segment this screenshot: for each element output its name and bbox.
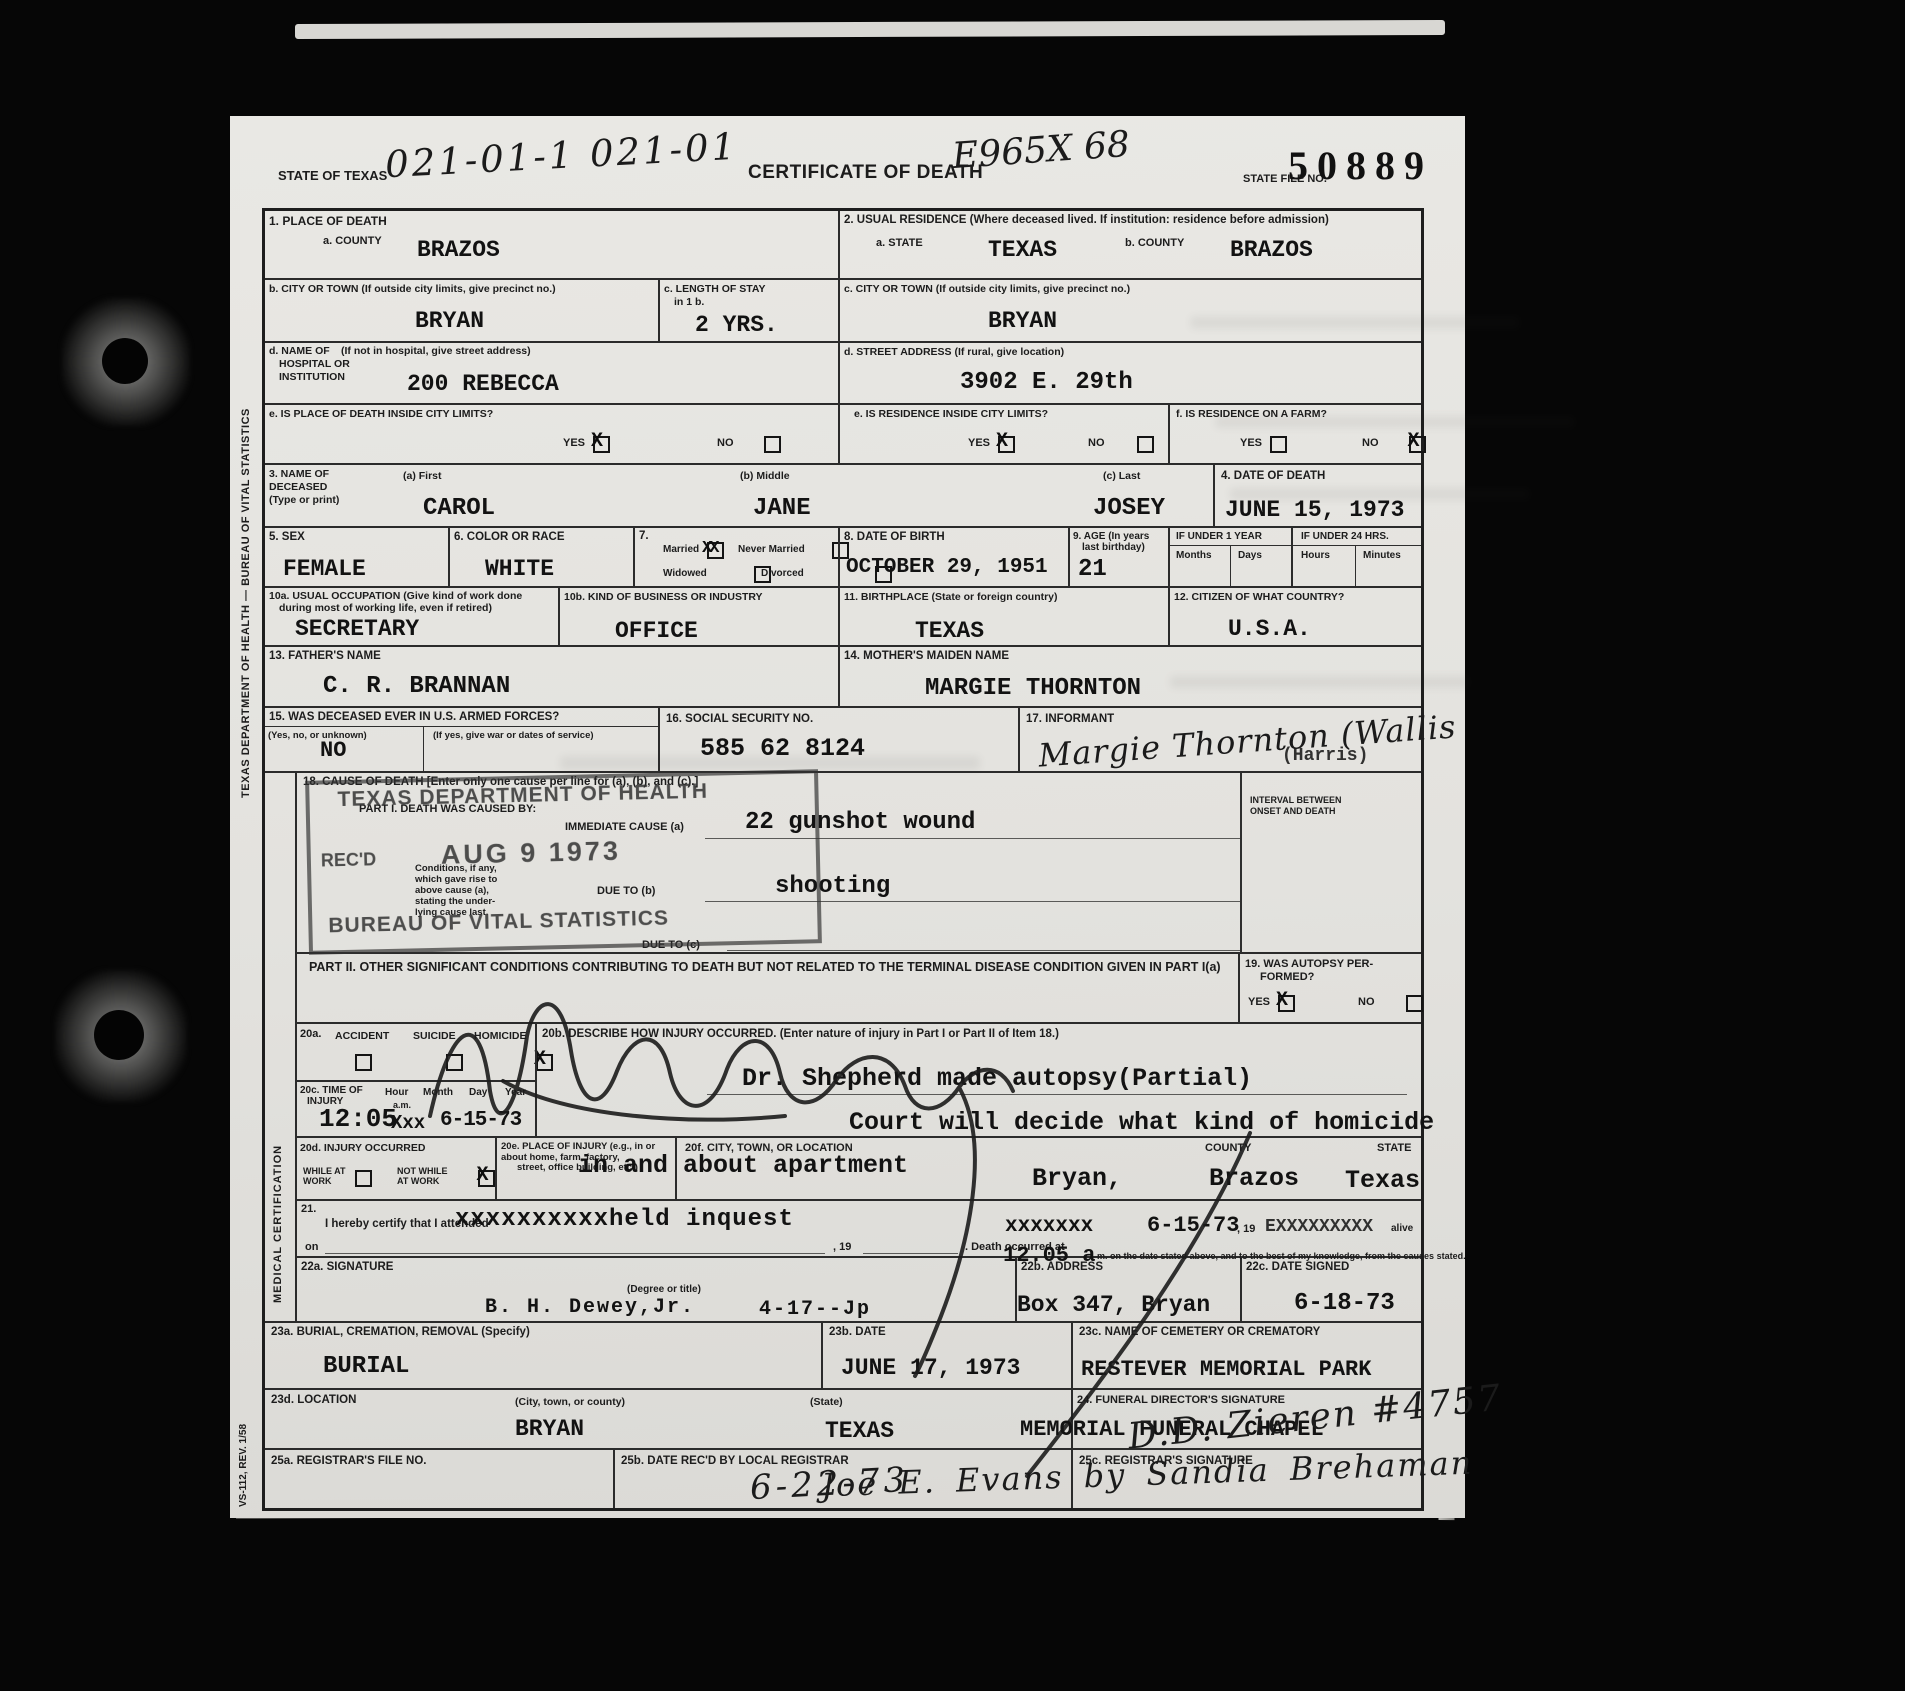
yes-label: YES <box>1240 437 1262 450</box>
cert-date-value: 6-15-73 <box>1147 1213 1239 1238</box>
age-label-2: last birthday) <box>1082 542 1145 554</box>
field-residence-city: c. CITY OR TOWN (If outside city limits,… <box>838 280 1421 341</box>
residence-city-value: BRYAN <box>988 308 1057 334</box>
stamp-line-1: TEXAS DEPARTMENT OF HEALTH <box>337 780 708 812</box>
field-hospital: d. NAME OF (If not in hospital, give str… <box>265 343 838 403</box>
field-registrar-file-no: 25a. REGISTRAR'S FILE NO. <box>265 1450 613 1508</box>
signature-typed-date: 4-17--Jp <box>759 1298 871 1321</box>
length-of-stay-value: 2 YRS. <box>695 312 778 338</box>
name-label-2: DECEASED <box>269 481 327 494</box>
check-mark: XX <box>702 539 716 558</box>
date-signed-value: 6-18-73 <box>1294 1290 1395 1317</box>
check-mark: X <box>1407 430 1419 453</box>
field-death-city-limits: e. IS PLACE OF DEATH INSIDE CITY LIMITS?… <box>265 405 838 463</box>
cert-time-value: 12.05 a <box>1003 1243 1095 1268</box>
burial-value: BURIAL <box>323 1353 409 1380</box>
married-checkbox: XX <box>707 542 724 559</box>
field-occupation: 10a. USUAL OCCUPATION (Give kind of work… <box>265 588 558 645</box>
burial-date-label: 23b. DATE <box>829 1326 886 1340</box>
middle-name-label: (b) Middle <box>740 470 790 483</box>
last-name-label: (c) Last <box>1103 470 1140 483</box>
punch-hole <box>94 1010 144 1060</box>
date-of-birth-value: OCTOBER 29, 1951 <box>846 556 1048 579</box>
field-residence-city-limits: e. IS RESIDENCE INSIDE CITY LIMITS? YES … <box>838 405 1168 463</box>
field-informant: 17. INFORMANT (Harris) Margie Thornton (… <box>1018 708 1421 771</box>
yes-checkbox: X <box>998 436 1015 453</box>
no-label: NO <box>1088 437 1105 450</box>
check-mark: X <box>591 430 603 453</box>
row-place-residence: 1. PLACE OF DEATH a. COUNTY BRAZOS 2. US… <box>265 211 1421 278</box>
stamp-recd: REC'D <box>321 849 377 871</box>
city-of-death-value: BRYAN <box>415 308 484 334</box>
field-if-under-1-year: IF UNDER 1 YEAR Months Days <box>1168 528 1291 586</box>
no-checkbox: X <box>1409 436 1426 453</box>
hospital-value: 200 REBECCA <box>407 371 559 397</box>
business-value: OFFICE <box>615 618 698 644</box>
yes-label: YES <box>563 437 585 450</box>
registrar-file-label: 25a. REGISTRAR'S FILE NO. <box>271 1455 426 1469</box>
hour-label: Hour <box>385 1087 408 1099</box>
field-burial-date: 23b. DATE JUNE 17, 1973 <box>821 1323 1071 1388</box>
row-burial: 23a. BURIAL, CREMATION, REMOVAL (Specify… <box>265 1321 1421 1388</box>
row-father-mother: 13. FATHER'S NAME C. R. BRANNAN 14. MOTH… <box>265 645 1421 706</box>
field-burial: 23a. BURIAL, CREMATION, REMOVAL (Specify… <box>265 1323 821 1388</box>
suicide-label: SUICIDE <box>413 1030 456 1043</box>
hospital-label-3: INSTITUTION <box>279 371 345 384</box>
describe-injury-label: 20b. DESCRIBE HOW INJURY OCCURRED. (Ente… <box>542 1028 1059 1042</box>
date-of-birth-label: 8. DATE OF BIRTH <box>844 531 945 545</box>
no-label: NO <box>1362 437 1379 450</box>
received-stamp: TEXAS DEPARTMENT OF HEALTH REC'D AUG 9 1… <box>305 769 822 955</box>
no-checkbox <box>1406 995 1423 1012</box>
field-injury-occurred: 20d. INJURY OCCURRED WHILE AT WORK NOT W… <box>297 1138 495 1199</box>
punch-hole <box>102 338 148 384</box>
hospital-label-1: d. NAME OF <box>269 345 330 358</box>
time-injury-date-value: 6-15-73 <box>440 1109 521 1132</box>
color-race-label: 6. COLOR OR RACE <box>454 531 565 545</box>
field-place-of-death: 1. PLACE OF DEATH a. COUNTY BRAZOS <box>265 211 838 278</box>
widowed-label: Widowed <box>663 568 707 580</box>
residence-county-value: BRAZOS <box>1230 237 1313 263</box>
injury-city-value: Bryan, <box>1032 1164 1122 1193</box>
residence-county-label: b. COUNTY <box>1125 237 1184 250</box>
certification-typed-overlay: xxxxxxxxxxheld inquest <box>455 1206 794 1233</box>
year-19-label: , 19 <box>833 1241 851 1254</box>
sex-label: 5. SEX <box>269 531 305 545</box>
autopsy-label-1: 19. WAS AUTOPSY PER- <box>1245 958 1373 971</box>
certificate-title: CERTIFICATE OF DEATH <box>748 162 983 185</box>
handwritten-file-code: E965X 68 <box>951 124 1131 177</box>
interval-label-2: ONSET AND DEATH <box>1250 806 1336 817</box>
page-edge-sliver <box>295 20 1445 39</box>
burial-state-value: TEXAS <box>825 1418 894 1444</box>
on-label: on <box>305 1241 318 1254</box>
field-age: 9. AGE (In years last birthday) 21 <box>1068 528 1168 586</box>
field-marital-status: 7. Married XX Never Married Widowed Divo… <box>633 528 838 586</box>
check-mark: X <box>996 430 1008 453</box>
handwritten-local-code: 021-01-1 021-01 <box>384 125 739 186</box>
injury-county-label: COUNTY <box>1205 1142 1251 1155</box>
hours-label: Hours <box>1301 550 1330 562</box>
field-time-of-injury: 20c. TIME OF INJURY Hour Month Day Year … <box>297 1080 535 1136</box>
row-name-date-of-death: 3. NAME OF DECEASED (Type or print) (a) … <box>265 463 1421 526</box>
residence-state-value: TEXAS <box>988 237 1057 263</box>
county-label: a. COUNTY <box>323 235 382 248</box>
field-residence-farm: f. IS RESIDENCE ON A FARM? YES NO X <box>1168 405 1421 463</box>
accident-label: ACCIDENT <box>335 1030 389 1043</box>
field-length-of-stay: c. LENGTH OF STAY in 1 b. 2 YRS. <box>658 280 838 341</box>
cert-strike-xs-2: EXXXXXXXXX <box>1265 1217 1373 1237</box>
row-city-limits: e. IS PLACE OF DEATH INSIDE CITY LIMITS?… <box>265 403 1421 463</box>
year-label: Year <box>505 1087 526 1099</box>
name-label-1: 3. NAME OF <box>269 468 329 481</box>
signature-label: 22a. SIGNATURE <box>301 1261 393 1275</box>
state-of-texas-label: STATE OF TEXAS <box>278 168 387 184</box>
medical-certification-strip: MEDICAL CERTIFICATION <box>265 773 295 1321</box>
while-at-work-checkbox <box>355 1170 372 1187</box>
field-describe-injury: 20b. DESCRIBE HOW INJURY OCCURRED. (Ente… <box>535 1024 1421 1136</box>
field-date-of-birth: 8. DATE OF BIRTH OCTOBER 29, 1951 <box>838 528 1068 586</box>
usual-residence-label: 2. USUAL RESIDENCE (Where deceased lived… <box>844 214 1329 228</box>
under-1-year-label: IF UNDER 1 YEAR <box>1176 531 1262 543</box>
birthplace-label: 11. BIRTHPLACE (State or foreign country… <box>844 591 1058 604</box>
autopsy-label-2: FORMED? <box>1260 971 1314 984</box>
mother-name-label: 14. MOTHER'S MAIDEN NAME <box>844 650 1009 664</box>
armed-forces-hint-2: (If yes, give war or dates of service) <box>433 730 594 741</box>
yes-checkbox <box>1270 436 1287 453</box>
no-checkbox <box>1137 436 1154 453</box>
place-of-injury-value: in and about apartment <box>578 1151 908 1180</box>
signature-typed-name: B. H. Dewey,Jr. <box>485 1296 695 1319</box>
interval-label-1: INTERVAL BETWEEN <box>1250 795 1342 806</box>
row-city-length: b. CITY OR TOWN (If outside city limits,… <box>265 278 1421 341</box>
row-signature: 22a. SIGNATURE (Degree or title) B. H. D… <box>297 1256 1421 1321</box>
row-hospital-street: d. NAME OF (If not in hospital, give str… <box>265 341 1421 403</box>
burial-city-value: BRYAN <box>515 1416 584 1442</box>
yes-checkbox: X <box>1278 995 1295 1012</box>
not-while-checkbox: X <box>478 1170 495 1187</box>
no-label: NO <box>717 437 734 450</box>
occupation-label-1: 10a. USUAL OCCUPATION (Give kind of work… <box>269 590 522 603</box>
certification-number: 21. <box>301 1203 316 1216</box>
field-burial-location: 23d. LOCATION (City, town, or county) BR… <box>265 1390 1071 1448</box>
check-mark: X <box>476 1164 488 1187</box>
field-sex: 5. SEX FEMALE <box>265 528 448 586</box>
field-signature: 22a. SIGNATURE (Degree or title) B. H. D… <box>297 1258 1015 1321</box>
father-name-value: C. R. BRANNAN <box>323 673 510 700</box>
field-date-signed: 22c. DATE SIGNED 6-18-73 <box>1240 1258 1421 1321</box>
field-date-of-death: 4. DATE OF DEATH JUNE 15, 1973 <box>1213 465 1421 526</box>
under-24-hrs-label: IF UNDER 24 HRS. <box>1301 531 1389 543</box>
date-signed-label: 22c. DATE SIGNED <box>1246 1261 1349 1275</box>
row-part2-autopsy: PART II. OTHER SIGNIFICANT CONDITIONS CO… <box>297 952 1421 1022</box>
stamp-line-3: BUREAU OF VITAL STATISTICS <box>328 907 669 939</box>
field-birthplace: 11. BIRTHPLACE (State or foreign country… <box>838 588 1168 645</box>
day-label: Day <box>469 1087 487 1099</box>
medical-certification-vertical-label: MEDICAL CERTIFICATION <box>272 803 285 1303</box>
cert-strike-xs: xxxxxxx <box>1005 1215 1093 1238</box>
field-citizen: 12. CITIZEN OF WHAT COUNTRY? U.S.A. <box>1168 588 1421 645</box>
yes-label: YES <box>968 437 990 450</box>
address-value: Box 347, Bryan <box>1017 1292 1210 1318</box>
yes-checkbox: X <box>593 436 610 453</box>
field-cause-of-death: 18. CAUSE OF DEATH [Enter only one cause… <box>297 773 1421 952</box>
describe-injury-value-2: Court will decide what kind of homicide <box>849 1108 1434 1137</box>
stamp-date: AUG 9 1973 <box>440 836 621 871</box>
armed-forces-hint-1: (Yes, no, or unknown) <box>268 730 367 741</box>
form-number-vertical-label: VS-112, REV. 1/58 <box>238 1312 250 1507</box>
check-mark: X <box>1276 989 1288 1012</box>
death-city-limits-label: e. IS PLACE OF DEATH INSIDE CITY LIMITS? <box>269 408 493 421</box>
accident-checkbox <box>355 1054 372 1071</box>
cert-closing-text: m. on the date stated above, and to the … <box>1097 1251 1466 1262</box>
medical-certification-content: 18. CAUSE OF DEATH [Enter only one cause… <box>295 773 1421 1321</box>
field-father-name: 13. FATHER'S NAME C. R. BRANNAN <box>265 647 838 706</box>
row-20: 20a. ACCIDENT SUICIDE HOMICIDE X 20c. TI… <box>297 1022 1421 1136</box>
sex-value: FEMALE <box>283 556 366 582</box>
father-name-label: 13. FATHER'S NAME <box>269 650 381 664</box>
field-cemetery: 23c. NAME OF CEMETERY OR CREMATORY RESTE… <box>1071 1323 1421 1388</box>
field-name-of-deceased: 3. NAME OF DECEASED (Type or print) (a) … <box>265 465 1213 526</box>
field-if-under-24-hrs: IF UNDER 24 HRS. Hours Minutes <box>1291 528 1421 586</box>
divorced-label: Divorced <box>761 568 804 580</box>
row-forces-ssn-informant: 15. WAS DECEASED EVER IN U.S. ARMED FORC… <box>265 706 1421 771</box>
while-at-work-label-2: WORK <box>303 1176 332 1187</box>
field-street-address: d. STREET ADDRESS (If rural, give locati… <box>838 343 1421 403</box>
field-armed-forces: 15. WAS DECEASED EVER IN U.S. ARMED FORC… <box>265 708 658 771</box>
ssn-label: 16. SOCIAL SECURITY NO. <box>666 713 813 727</box>
residence-state-label: a. STATE <box>876 237 923 250</box>
age-value: 21 <box>1078 556 1107 583</box>
city-county-hint: (City, town, or county) <box>515 1396 625 1409</box>
last-name-value: JOSEY <box>1093 495 1165 522</box>
scanned-death-certificate: { "header": { "state": "STATE OF TEXAS",… <box>0 0 1905 1691</box>
field-address: 22b. ADDRESS Box 347, Bryan <box>1015 1258 1240 1321</box>
street-address-label: d. STREET ADDRESS (If rural, give locati… <box>844 346 1064 359</box>
row-sex-race-marital-birth: 5. SEX FEMALE 6. COLOR OR RACE WHITE 7. … <box>265 526 1421 586</box>
armed-forces-label: 15. WAS DECEASED EVER IN U.S. ARMED FORC… <box>269 711 559 725</box>
month-label: Month <box>423 1087 453 1099</box>
minutes-label: Minutes <box>1363 550 1401 562</box>
injury-occurred-label: 20d. INJURY OCCURRED <box>300 1142 425 1155</box>
first-name-value: CAROL <box>423 495 495 522</box>
cemetery-label: 23c. NAME OF CEMETERY OR CREMATORY <box>1079 1326 1320 1340</box>
length-of-stay-label: c. LENGTH OF STAY <box>664 283 766 296</box>
field-accident-suicide-homicide: 20a. ACCIDENT SUICIDE HOMICIDE X <box>297 1024 535 1080</box>
citizen-value: U.S.A. <box>1228 616 1311 642</box>
time-injury-hour-value: 12:05 <box>319 1104 397 1134</box>
hospital-label-2: HOSPITAL OR <box>279 358 350 371</box>
hospital-hint: (If not in hospital, give street address… <box>341 345 531 358</box>
homicide-label: HOMICIDE <box>474 1030 527 1043</box>
residence-farm-label: f. IS RESIDENCE ON A FARM? <box>1176 408 1327 421</box>
certificate-paper: STATE OF TEXAS 021-01-1 021-01 CERTIFICA… <box>230 116 1465 1518</box>
burial-location-label: 23d. LOCATION <box>271 1394 356 1408</box>
field-business-industry: 10b. KIND OF BUSINESS OR INDUSTRY OFFICE <box>558 588 838 645</box>
field-part2: PART II. OTHER SIGNIFICANT CONDITIONS CO… <box>297 954 1238 1022</box>
never-married-label: Never Married <box>738 544 805 556</box>
first-name-label: (a) First <box>403 470 442 483</box>
business-label: 10b. KIND OF BUSINESS OR INDUSTRY <box>564 591 763 604</box>
days-label: Days <box>1238 550 1262 562</box>
injury-state-label: STATE <box>1377 1142 1411 1155</box>
injury-county-value: Brazos <box>1209 1164 1299 1193</box>
injury-state-value: Texas <box>1345 1166 1420 1195</box>
citizen-label: 12. CITIZEN OF WHAT COUNTRY? <box>1174 591 1344 604</box>
date-of-death-label: 4. DATE OF DEATH <box>1221 470 1325 484</box>
field-city-of-death: b. CITY OR TOWN (If outside city limits,… <box>265 280 658 341</box>
armed-forces-value: NO <box>320 738 346 763</box>
not-while-label-2: AT WORK <box>397 1176 439 1187</box>
city-of-death-label: b. CITY OR TOWN (If outside city limits,… <box>269 283 556 296</box>
marital-number-label: 7. <box>639 530 649 544</box>
no-label: NO <box>1358 996 1375 1009</box>
married-label: Married <box>663 544 699 556</box>
color-race-value: WHITE <box>485 556 554 582</box>
months-label: Months <box>1176 550 1212 562</box>
am-label: a.m. <box>393 1100 411 1111</box>
part2-label: PART II. OTHER SIGNIFICANT CONDITIONS CO… <box>309 960 1221 975</box>
suicide-checkbox <box>446 1054 463 1071</box>
field-autopsy: 19. WAS AUTOPSY PER- FORMED? YES X NO <box>1238 954 1421 1022</box>
date-of-death-value: JUNE 15, 1973 <box>1225 497 1404 523</box>
field-color-race: 6. COLOR OR RACE WHITE <box>448 528 633 586</box>
cert-19-label: , 19 <box>1237 1223 1255 1236</box>
ssn-value: 585 62 8124 <box>700 734 865 763</box>
time-injury-strike: Xxx <box>391 1112 425 1134</box>
describe-injury-value-1: Dr. Shepherd made autopsy(Partial) <box>742 1064 1252 1093</box>
medical-certification-block: MEDICAL CERTIFICATION 18. CAUSE OF DEATH… <box>265 771 1421 1321</box>
col-20a-20c: 20a. ACCIDENT SUICIDE HOMICIDE X 20c. TI… <box>297 1024 535 1136</box>
yes-label: YES <box>1248 996 1270 1009</box>
mother-name-value: MARGIE THORNTON <box>925 675 1141 702</box>
middle-name-value: JANE <box>753 495 811 522</box>
informant-label: 17. INFORMANT <box>1026 713 1114 727</box>
state-hint: (State) <box>810 1396 843 1409</box>
field-usual-residence: 2. USUAL RESIDENCE (Where deceased lived… <box>838 211 1421 278</box>
certificate-form-grid: 1. PLACE OF DEATH a. COUNTY BRAZOS 2. US… <box>262 208 1424 1511</box>
place-of-death-label: 1. PLACE OF DEATH <box>269 214 387 228</box>
burial-date-value: JUNE 17, 1973 <box>841 1355 1020 1381</box>
name-label-3: (Type or print) <box>269 494 339 507</box>
no-checkbox <box>764 436 781 453</box>
state-file-number: 50889 <box>1288 142 1433 189</box>
county-value: BRAZOS <box>417 237 500 263</box>
cemetery-value: RESTEVER MEMORIAL PARK <box>1081 1357 1371 1382</box>
field-ssn: 16. SOCIAL SECURITY NO. 585 62 8124 <box>658 708 1018 771</box>
alive-label: alive <box>1391 1223 1413 1235</box>
burial-label: 23a. BURIAL, CREMATION, REMOVAL (Specify… <box>271 1326 530 1340</box>
street-address-value: 3902 E. 29th <box>960 369 1133 396</box>
degree-title-label: (Degree or title) <box>627 1284 701 1296</box>
field-certification: 21. I hereby certify that I attended xxx… <box>297 1199 1421 1257</box>
residence-city-limits-label: e. IS RESIDENCE INSIDE CITY LIMITS? <box>854 408 1048 421</box>
occupation-value: SECRETARY <box>295 616 419 642</box>
birthplace-value: TEXAS <box>915 618 984 644</box>
row-occupation-birthplace: 10a. USUAL OCCUPATION (Give kind of work… <box>265 586 1421 645</box>
residence-city-label: c. CITY OR TOWN (If outside city limits,… <box>844 283 1130 296</box>
field-20a-label: 20a. <box>300 1028 321 1041</box>
occupation-label-2: during most of working life, even if ret… <box>279 602 492 615</box>
field-mother-name: 14. MOTHER'S MAIDEN NAME MARGIE THORNTON <box>838 647 1421 706</box>
department-vertical-label: TEXAS DEPARTMENT OF HEALTH — BUREAU OF V… <box>240 328 253 798</box>
length-of-stay-sublabel: in 1 b. <box>674 296 704 309</box>
